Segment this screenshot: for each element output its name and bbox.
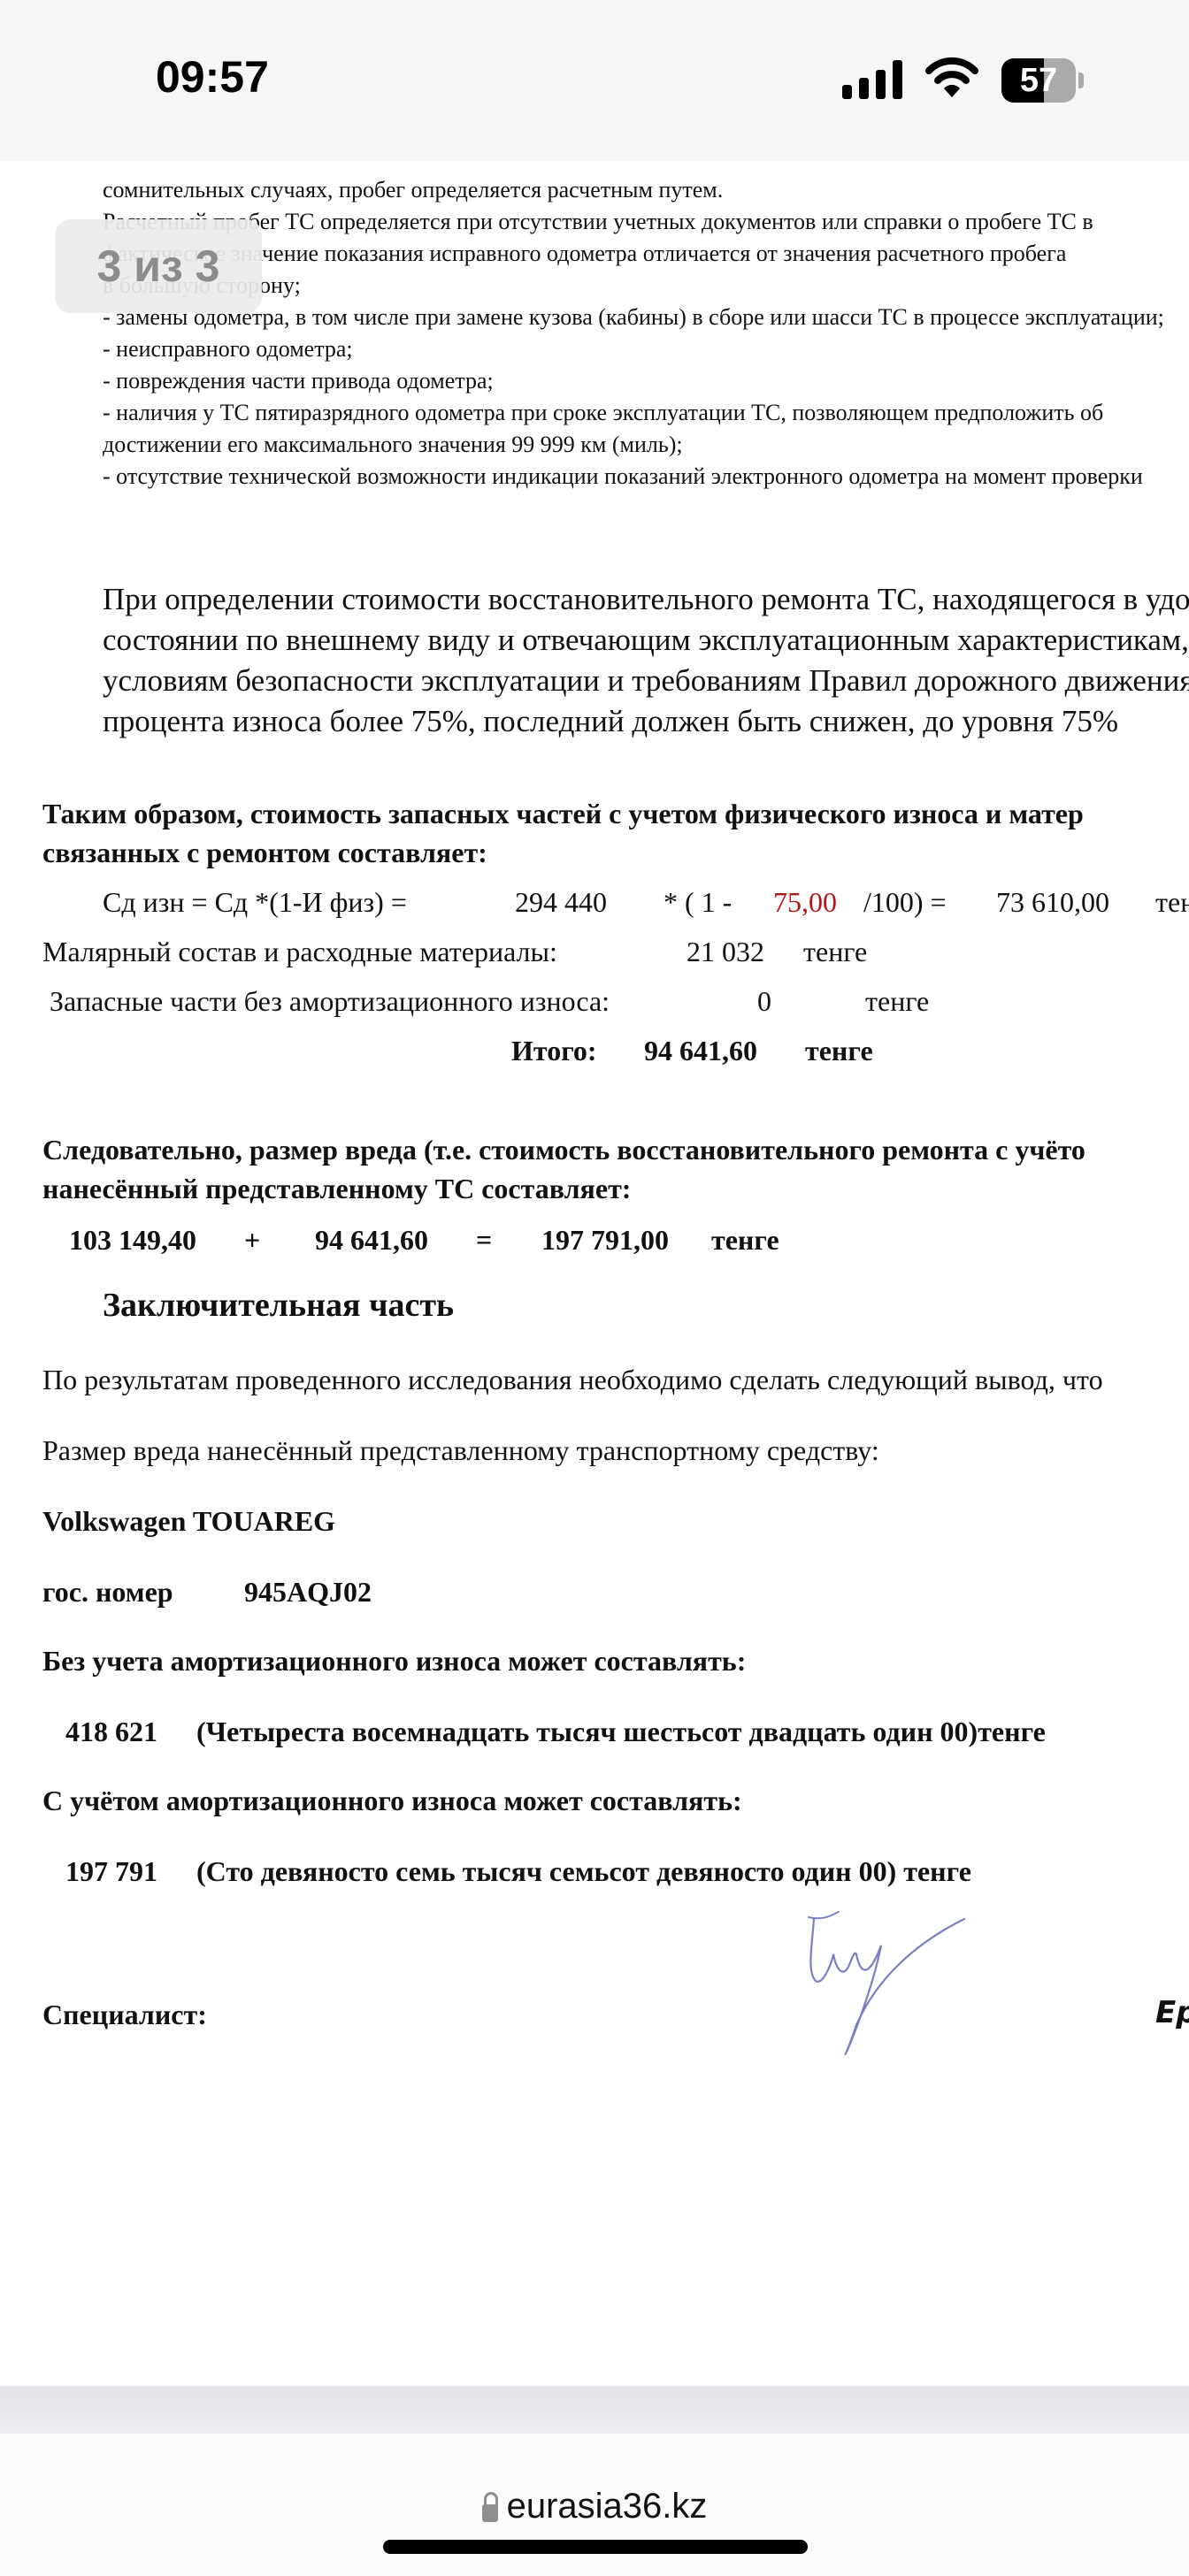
plate-label: гос. номер — [42, 1576, 173, 1609]
damage-heading: Следовательно, размер вреда (т.е. стоимо… — [42, 1134, 1085, 1166]
without-depreciation-label: Без учета амортизационного износа может … — [42, 1645, 746, 1678]
intro-line: - наличия у ТС пятиразрядного одометра п… — [103, 400, 1103, 426]
formula-open: * ( 1 - — [664, 886, 732, 919]
vehicle-name: Volkswagen TOUAREG — [42, 1505, 335, 1538]
lock-icon — [482, 2492, 498, 2522]
formula-result: 73 610,00 — [996, 886, 1109, 919]
battery-icon: 57 — [1001, 58, 1076, 103]
home-indicator[interactable] — [383, 2540, 808, 2554]
wear-paragraph-line: условиям безопасности эксплуатации и тре… — [103, 663, 1189, 699]
paint-materials-currency: тенге — [803, 936, 867, 968]
formula-base-value: 294 440 — [515, 886, 607, 919]
parts-no-depreciation-value: 0 — [757, 985, 771, 1018]
intro-line: достижении его максимального значения 99… — [103, 432, 683, 458]
damage-equals: = — [476, 1224, 492, 1257]
conclusion-title: Заключительная часть — [103, 1286, 454, 1325]
damage-term1: 103 149,40 — [69, 1224, 196, 1257]
conclusion-intro: По результатам проведенного исследования… — [42, 1364, 1103, 1396]
specialist-label: Специалист: — [42, 1999, 207, 2031]
url-text[interactable]: eurasia36.kz — [507, 2487, 708, 2526]
page-indicator: 3 из 3 — [55, 219, 262, 313]
subtotal-currency: тенге — [805, 1035, 873, 1067]
cellular-signal-icon — [842, 60, 906, 99]
wear-paragraph-line: состоянии по внешнему виду и отвечающим … — [103, 623, 1189, 658]
damage-plus: + — [244, 1224, 260, 1257]
url-field[interactable]: eurasia36.kz — [0, 2487, 1189, 2526]
intro-line: - неисправного одометра; — [103, 336, 353, 363]
without-depreciation-value: 418 621 — [65, 1716, 157, 1748]
status-bar: 09:57 57 — [0, 0, 1189, 161]
wear-paragraph-line: При определении стоимости восстановитель… — [103, 582, 1189, 617]
intro-line: - замены одометра, в том числе при замен… — [103, 304, 1164, 331]
damage-total: 197 791,00 — [541, 1224, 669, 1257]
subtotal-value: 94 641,60 — [644, 1035, 757, 1067]
specialist-name: Ер — [1155, 1995, 1189, 2030]
parts-heading: Таким образом, стоимость запасных частей… — [42, 798, 1084, 830]
intro-line: - отсутствие технической возможности инд… — [103, 463, 1143, 490]
damage-term2: 94 641,60 — [315, 1224, 428, 1257]
parts-no-depreciation-currency: тенге — [865, 985, 929, 1018]
with-depreciation-words: (Сто девяносто семь тысяч семьсот девяно… — [196, 1855, 971, 1888]
battery-level: 57 — [1001, 62, 1076, 100]
parts-no-depreciation-label: Запасные части без амортизационного изно… — [50, 985, 610, 1018]
signature-image — [796, 1901, 973, 2060]
intro-line: - повреждения части привода одометра; — [103, 368, 494, 394]
with-depreciation-value: 197 791 — [65, 1855, 157, 1888]
formula-label: Сд изн = Сд *(1-И физ) = — [103, 886, 407, 919]
battery-cap — [1078, 73, 1084, 88]
formula-close: /100) = — [863, 886, 947, 919]
wifi-icon — [925, 57, 978, 101]
without-depreciation-words: (Четыреста восемнадцать тысяч шестьсот д… — [196, 1716, 1046, 1748]
damage-label: Размер вреда нанесённый представленному … — [42, 1434, 879, 1467]
parts-heading: связанных с ремонтом составляет: — [42, 837, 487, 869]
paint-materials-value: 21 032 — [687, 936, 764, 968]
paint-materials-label: Малярный состав и расходные материалы: — [42, 936, 557, 968]
formula-wear-percent: 75,00 — [773, 886, 837, 919]
plate-number: 945AQJ02 — [244, 1576, 372, 1609]
damage-currency: тенге — [711, 1224, 779, 1257]
formula-currency: тенге — [1155, 886, 1189, 919]
subtotal-label: Итого: — [511, 1035, 597, 1067]
damage-heading: нанесённый представленному ТС составляет… — [42, 1173, 631, 1205]
wear-paragraph-line: процента износа более 75%, последний дол… — [103, 704, 1118, 739]
browser-toolbar — [0, 2386, 1189, 2435]
with-depreciation-label: С учётом амортизационного износа может с… — [42, 1785, 742, 1817]
intro-line: сомнительных случаях, пробег определяетс… — [103, 177, 723, 203]
status-time: 09:57 — [156, 51, 269, 103]
address-bar[interactable]: eurasia36.kz — [0, 2434, 1189, 2576]
